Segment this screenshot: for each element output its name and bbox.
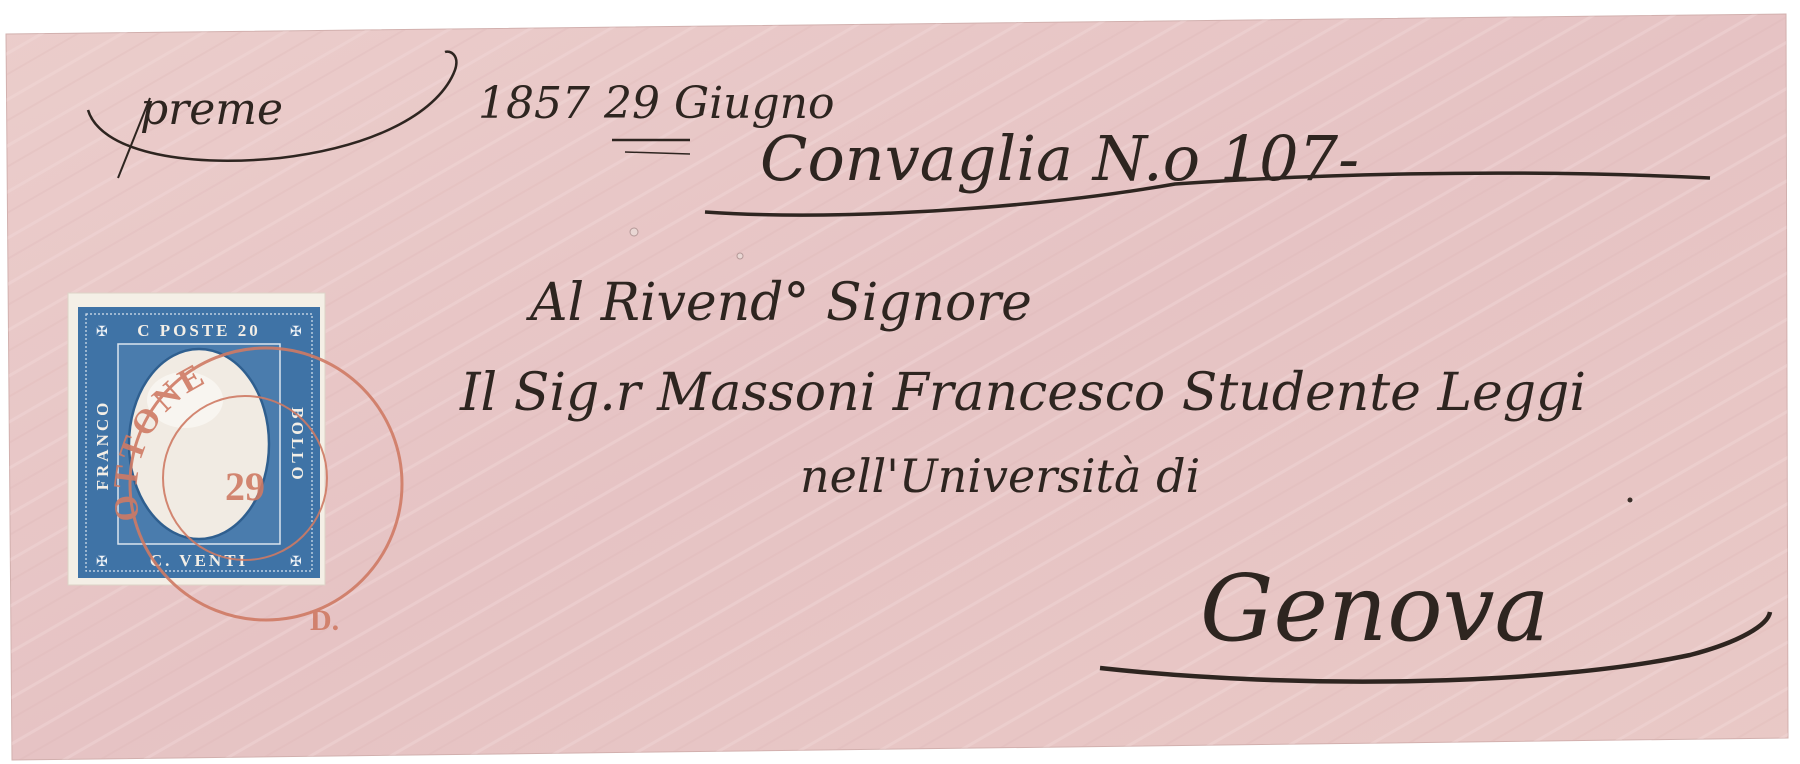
stamp-top-text: C POSTE 20 bbox=[137, 321, 261, 340]
address-salutation: Al Rivend° Signore bbox=[526, 273, 1032, 333]
envelope-canvas: preme 1857 29 Giugno Convaglia N.o 107- … bbox=[0, 0, 1800, 764]
postmark-suffix: D. bbox=[310, 604, 339, 637]
address-institution: nell'Università di bbox=[800, 449, 1200, 503]
postmark-day: 29 bbox=[225, 464, 265, 509]
stamp-bottom-text: C. VENTI bbox=[150, 551, 248, 570]
stamp: C POSTE 20 C. VENTI FRANCO BOLLO ✠ ✠ ✠ ✠ bbox=[68, 293, 325, 585]
corner-ornament-icon: ✠ bbox=[290, 325, 302, 340]
address-city: Genova bbox=[1200, 555, 1549, 662]
reference-line: Convaglia N.o 107- bbox=[760, 122, 1359, 195]
address-name-line: Il Sig.r Massoni Francesco Studente Legg… bbox=[459, 363, 1586, 423]
corner-ornament-icon: ✠ bbox=[290, 555, 302, 570]
corner-ornament-icon: ✠ bbox=[96, 325, 108, 340]
stamp-right-text: BOLLO bbox=[288, 407, 307, 482]
envelope: preme 1857 29 Giugno Convaglia N.o 107- … bbox=[0, 0, 1800, 764]
preme-text: preme bbox=[140, 84, 283, 135]
corner-ornament-icon: ✠ bbox=[96, 555, 108, 570]
